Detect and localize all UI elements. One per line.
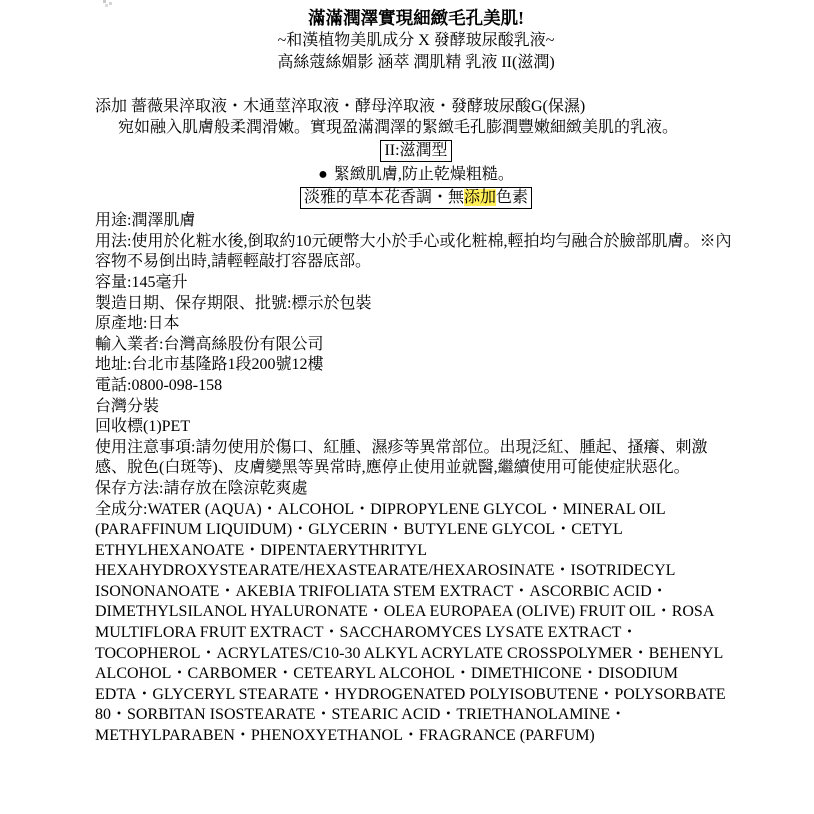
document-content: 滿滿潤澤實現細緻毛孔美肌! ~和漢植物美肌成分 X 發酵玻尿酸乳液~ 高絲蔻絲媚… <box>95 6 737 747</box>
capacity-line: 容量:145毫升 <box>95 273 737 294</box>
corner-artifact <box>103 0 106 3</box>
recycle-label-line: 回收標(1)PET <box>95 417 737 438</box>
additives-line: 添加 薔薇果淬取液・木通莖淬取液・酵母淬取液・發酵玻尿酸G(保濕) <box>95 97 737 118</box>
manufacture-info-line: 製造日期、保存期限、批號:標示於包裝 <box>95 294 737 315</box>
fragrance-highlight: 添加 <box>464 189 496 206</box>
page-title: 滿滿潤澤實現細緻毛孔美肌! <box>95 6 737 30</box>
fragrance-box-row: 淡雅的草本花香調・無添加色素 <box>95 187 737 209</box>
fragrance-box: 淡雅的草本花香調・無添加色素 <box>300 187 532 209</box>
usage-purpose-line: 用途:潤澤肌膚 <box>95 211 737 232</box>
importer-line: 輸入業者:台灣高絲股份有限公司 <box>95 335 737 356</box>
product-name: 高絲蔻絲媚影 涵萃 潤肌精 乳液 II(滋潤) <box>95 52 737 74</box>
description-line: 宛如融入肌膚般柔潤滑嫩。實現盈滿潤澤的緊緻毛孔膨潤豐嫩細緻美肌的乳液。 <box>95 118 737 139</box>
bullet-icon: ● <box>318 166 328 183</box>
product-info-page: 滿滿潤澤實現細緻毛孔美肌! ~和漢植物美肌成分 X 發酵玻尿酸乳液~ 高絲蔻絲媚… <box>0 0 814 814</box>
usage-method-line: 用法:使用於化粧水後,倒取約10元硬幣大小於手心或化粧棉,輕拍均勻融合於臉部肌膚… <box>95 232 737 273</box>
details-section: 用途:潤澤肌膚 用法:使用於化粧水後,倒取約10元硬幣大小於手心或化粧棉,輕拍均… <box>95 211 737 746</box>
subtitle: ~和漢植物美肌成分 X 發酵玻尿酸乳液~ <box>95 30 737 52</box>
header-gap <box>95 74 737 97</box>
storage-line: 保存方法:請存放在陰涼乾爽處 <box>95 479 737 500</box>
fragrance-prefix: 淡雅的草本花香調・無 <box>304 189 464 206</box>
type-box: II:滋潤型 <box>380 140 451 162</box>
fragrance-suffix: 色素 <box>496 189 528 206</box>
address-line: 地址:台北市基隆路1段200號12樓 <box>95 355 737 376</box>
packaging-note-line: 台灣分裝 <box>95 397 737 418</box>
origin-line: 原產地:日本 <box>95 314 737 335</box>
phone-line: 電話:0800-098-158 <box>95 376 737 397</box>
precautions-line: 使用注意事項:請勿使用於傷口、紅腫、濕疹等異常部位。出現泛紅、腫起、搔癢、刺激感… <box>95 438 737 479</box>
feature-row: ●緊緻肌膚,防止乾燥粗糙。 <box>95 164 737 185</box>
type-box-row: II:滋潤型 <box>95 140 737 162</box>
ingredients-line: 全成分:WATER (AQUA)・ALCOHOL・DIPROPYLENE GLY… <box>95 500 737 747</box>
feature-line: 緊緻肌膚,防止乾燥粗糙。 <box>334 166 514 183</box>
